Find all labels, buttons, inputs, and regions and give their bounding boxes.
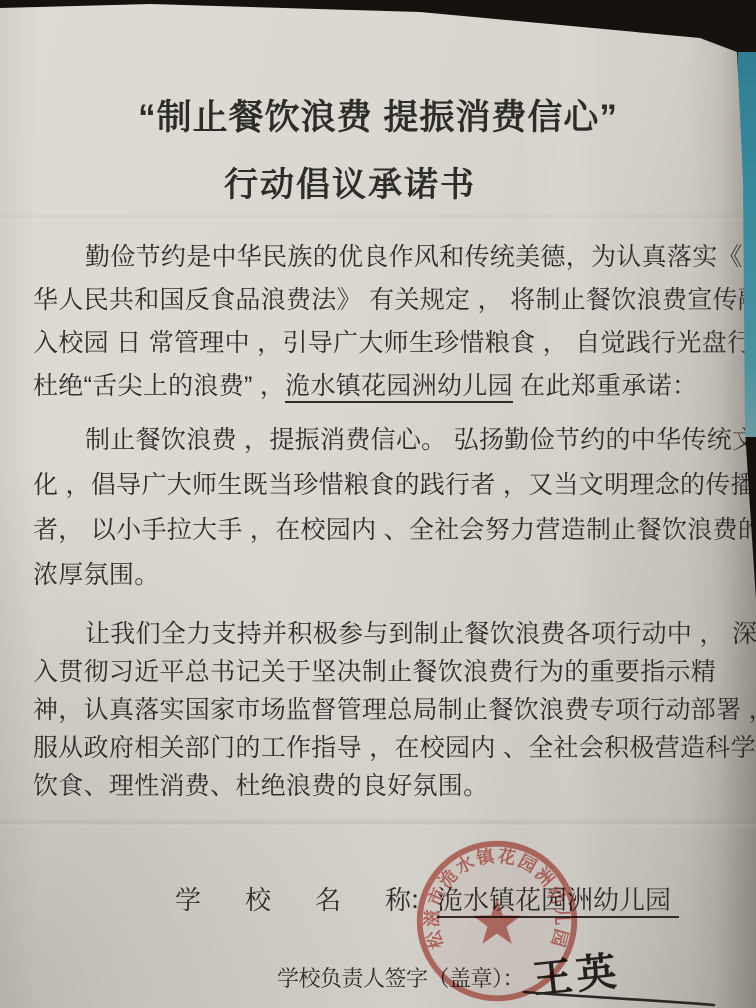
paragraph-3: 让我们全力支持并积极参与到制止餐饮浪费各项行动中 ， 深 入贯彻习近平总书记关于… bbox=[33, 615, 721, 805]
paragraph-2-line-1: 制止餐饮浪费 ，提振消费信心。 弘扬勤俭节约的中华传统文 bbox=[33, 418, 721, 463]
paper-sheet: “制止餐饮浪费 提振消费信心” 行动倡议承诺书 勤俭节约是中华民族的优良作风和传… bbox=[0, 0, 756, 1008]
document-subtitle: 行动倡议承诺书 bbox=[0, 157, 700, 206]
paragraph-2-line-2: 化 ，倡导广大师生既当珍惜粮食的践行者 ，又当文明理念的传播 bbox=[33, 463, 721, 508]
school-name-inline-underlined: 洈水镇花园洲幼儿园 bbox=[285, 372, 513, 403]
paragraph-1-line-2: 华人民共和国反食品浪费法》 有关规定 ， 将制止餐饮浪费宣传融 bbox=[33, 279, 721, 322]
document-title: “制止餐饮浪费 提振消费信心” bbox=[0, 90, 756, 140]
paragraph-3-line-2: 入贯彻习近平总书记关于坚决制止餐饮浪费行为的重要指示精 bbox=[33, 653, 721, 691]
paragraph-3-line-1: 让我们全力支持并积极参与到制止餐饮浪费各项行动中 ， 深 bbox=[33, 615, 721, 653]
photo-background: “制止餐饮浪费 提振消费信心” 行动倡议承诺书 勤俭节约是中华民族的优良作风和传… bbox=[0, 0, 756, 1008]
paragraph-2-line-3: 者， 以小手拉大手 ，在校园内 、全社会努力营造制止餐饮浪费的 bbox=[33, 508, 721, 553]
line-4-pre-text: 杜绝“舌尖上的浪费” ， bbox=[33, 372, 285, 400]
paragraph-3-line-4: 服从政府相关部门的工作指导 ，在校园内 、全社会积极营造科学 bbox=[33, 729, 721, 767]
paragraph-3-line-5: 饮食、理性消费、杜绝浪费的良好氛围。 bbox=[33, 767, 721, 805]
paragraph-1-line-3: 入校园 日 常管理中 ，引导广大师生珍惜粮食 ， 自觉践行光盘行动， bbox=[33, 322, 721, 365]
line-4-post-text: 在此郑重承诺： bbox=[513, 372, 697, 400]
fold-crease bbox=[0, 818, 756, 828]
official-seal: 松滋市洈水镇花园洲幼儿园 bbox=[413, 837, 581, 1005]
fold-crease bbox=[0, 212, 756, 222]
paragraph-1-line-1: 勤俭节约是中华民族的优良作风和传统美德，为认真落实《中 bbox=[33, 236, 721, 279]
paragraph-2-line-4: 浓厚氛围。 bbox=[33, 553, 721, 598]
paragraph-3-line-3: 神，认真落实国家市场监督管理总局制止餐饮浪费专项行动部署 ， bbox=[33, 691, 721, 729]
paragraph-1: 勤俭节约是中华民族的优良作风和传统美德，为认真落实《中 华人民共和国反食品浪费法… bbox=[33, 236, 721, 408]
paragraph-1-line-4: 杜绝“舌尖上的浪费” ，洈水镇花园洲幼儿园 在此郑重承诺： bbox=[33, 365, 721, 408]
paragraph-2: 制止餐饮浪费 ，提振消费信心。 弘扬勤俭节约的中华传统文 化 ，倡导广大师生既当… bbox=[33, 418, 721, 598]
